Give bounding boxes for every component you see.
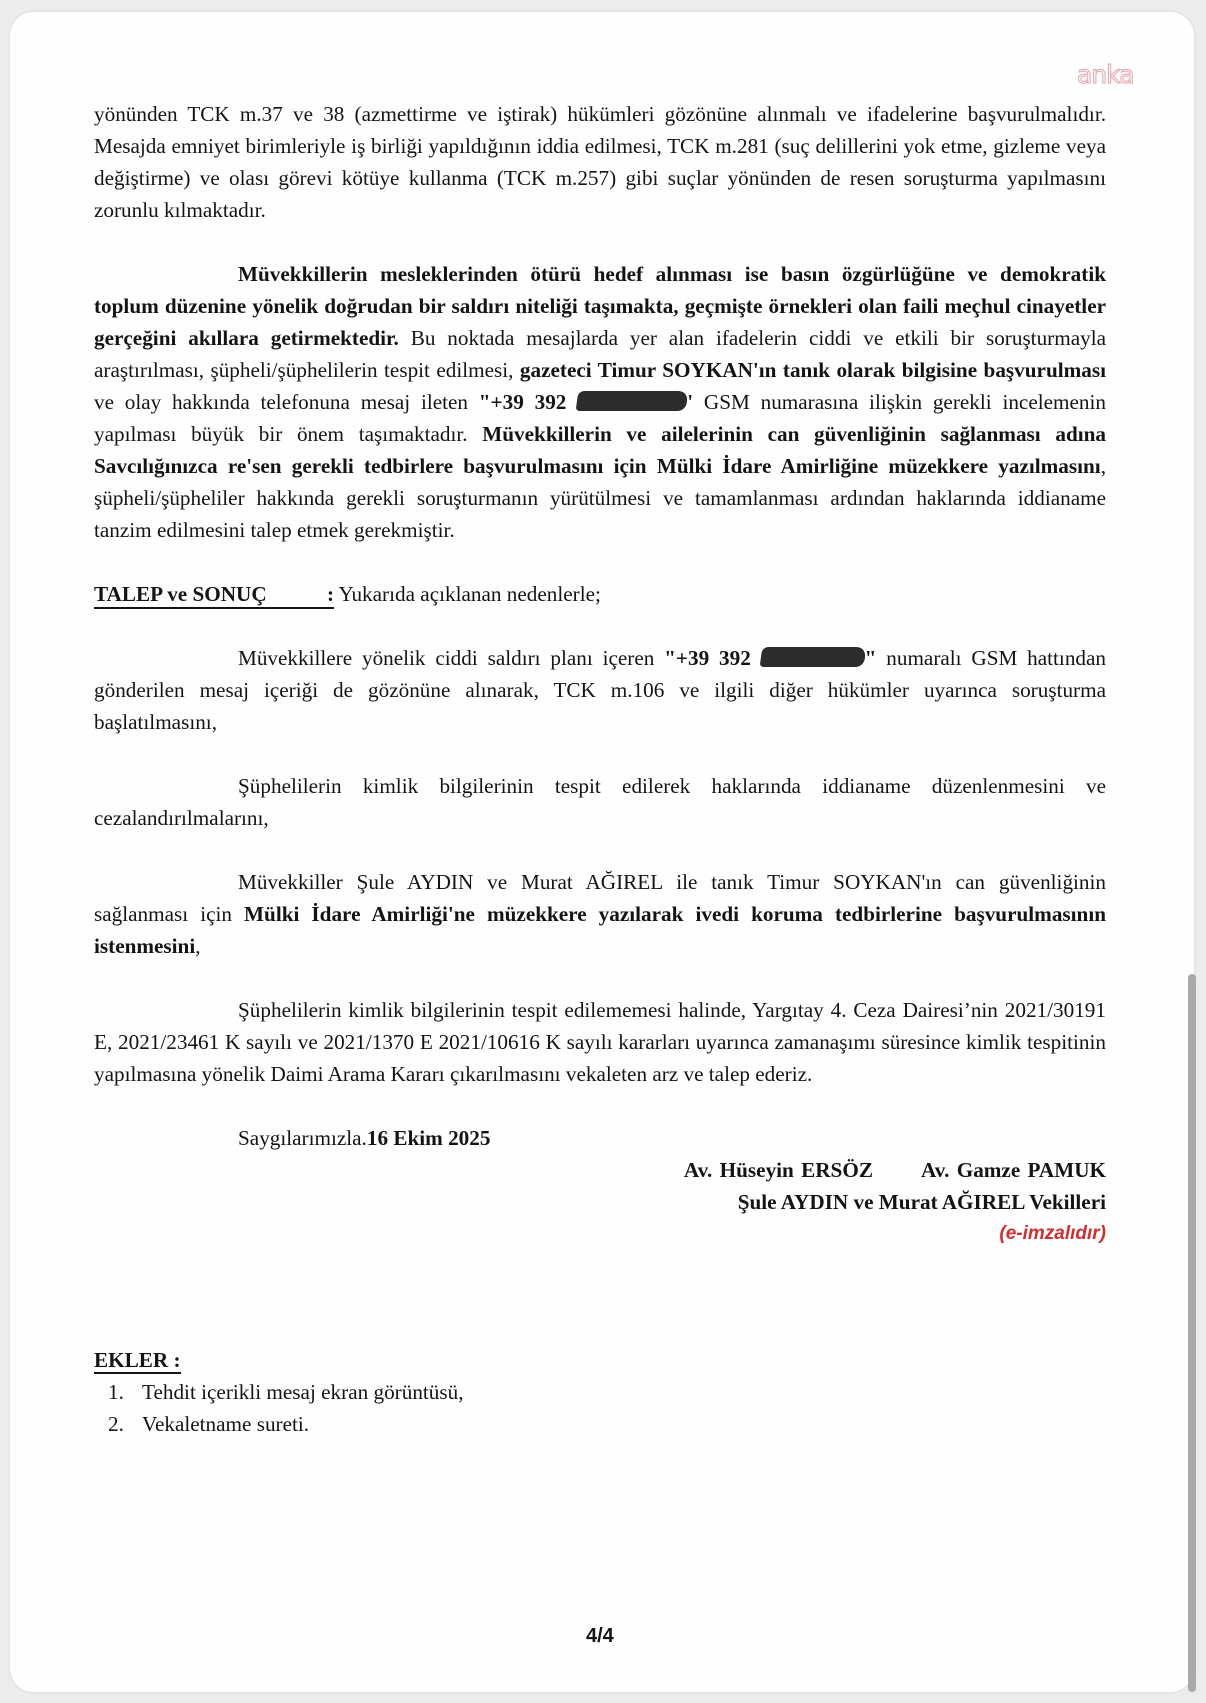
- request-item-3: Müvekkiller Şule AYDIN ve Murat AĞIREL i…: [94, 866, 1106, 962]
- heading-colon: :: [327, 581, 334, 607]
- attachment-number: 1.: [108, 1376, 142, 1408]
- paragraph-legal-basis: yönünden TCK m.37 ve 38 (azmettirme ve i…: [94, 98, 1106, 226]
- document-page: yönünden TCK m.37 ve 38 (azmettirme ve i…: [94, 98, 1106, 1440]
- paragraph-text: yönünden TCK m.37 ve 38 (azmettirme ve i…: [94, 102, 1106, 222]
- signer-lawyer-2: Av. Gamze PAMUK: [921, 1158, 1106, 1182]
- attachment-text: Vekaletname sureti.: [142, 1408, 309, 1440]
- signer-role: Şule AYDIN ve Murat AĞIREL Vekilleri: [684, 1186, 1106, 1218]
- request-item-4: Şüphelilerin kimlik bilgilerinin tespit …: [94, 994, 1106, 1090]
- attachment-number: 2.: [108, 1408, 142, 1440]
- e-signature-label: (e-imzalıdır): [684, 1218, 1106, 1250]
- paragraph-threat-assessment: Müvekkillerin mesleklerinden ötürü hedef…: [94, 258, 1106, 546]
- phone-number-suffix: ": [865, 646, 877, 670]
- anka-watermark-logo: anka: [1077, 60, 1134, 89]
- paragraph-text: ,: [195, 934, 200, 958]
- section-intro: Yukarıda açıklanan nedenlerle;: [339, 582, 601, 606]
- phone-number-prefix: "+39 392: [664, 646, 751, 670]
- closing-greeting: Saygılarımızla.: [238, 1126, 367, 1150]
- paragraph-text: Şüphelilerin kimlik bilgilerinin tespit …: [94, 998, 1106, 1086]
- request-item-1: Müvekkillere yönelik ciddi saldırı planı…: [94, 642, 1106, 738]
- redaction-mark: [576, 391, 689, 411]
- attachment-item: 2. Vekaletname sureti.: [108, 1408, 1106, 1440]
- redaction-mark: [759, 647, 866, 667]
- paragraph-text: Şüphelilerin kimlik bilgilerinin tespit …: [94, 774, 1106, 830]
- page-number: 4/4: [586, 1625, 614, 1648]
- vertical-scrollbar[interactable]: [1188, 974, 1196, 1692]
- attachment-text: Tehdit içerikli mesaj ekran görüntüsü,: [142, 1376, 464, 1408]
- phone-number-prefix: "+39 392: [479, 390, 567, 414]
- heading-label: TALEP ve SONUÇ: [94, 582, 267, 606]
- signer-lawyer-1: Av. Hüseyin ERSÖZ: [684, 1158, 873, 1182]
- attachments-list: 1. Tehdit içerikli mesaj ekran görüntüsü…: [94, 1376, 1106, 1440]
- bold-text: Mülki İdare Amirliği'ne müzekkere yazıla…: [94, 902, 1106, 958]
- bold-text: gazeteci Timur SOYKAN'ın tanık olarak bi…: [520, 358, 1106, 382]
- signer-names: Av. Hüseyin ERSÖZAv. Gamze PAMUK: [684, 1154, 1106, 1186]
- closing-date: 16 Ekim 2025: [367, 1126, 491, 1150]
- paragraph-text: ve olay hakkında telefonuna mesaj ileten: [94, 390, 479, 414]
- signature-block: Av. Hüseyin ERSÖZAv. Gamze PAMUK Şule AY…: [684, 1154, 1106, 1250]
- section-heading: TALEP ve SONUÇ:: [94, 581, 334, 609]
- paragraph-text: Müvekkillere yönelik ciddi saldırı planı…: [238, 646, 664, 670]
- attachment-item: 1. Tehdit içerikli mesaj ekran görüntüsü…: [108, 1376, 1106, 1408]
- signature-area: Av. Hüseyin ERSÖZAv. Gamze PAMUK Şule AY…: [94, 1154, 1106, 1254]
- request-item-2: Şüphelilerin kimlik bilgilerinin tespit …: [94, 770, 1106, 834]
- closing-line: Saygılarımızla.16 Ekim 2025: [94, 1122, 1106, 1154]
- attachments-heading: EKLER :: [94, 1348, 181, 1374]
- talep-sonuc-section: TALEP ve SONUÇ: Yukarıda açıklanan neden…: [94, 578, 1106, 610]
- attachments-section: EKLER : 1. Tehdit içerikli mesaj ekran g…: [94, 1344, 1106, 1440]
